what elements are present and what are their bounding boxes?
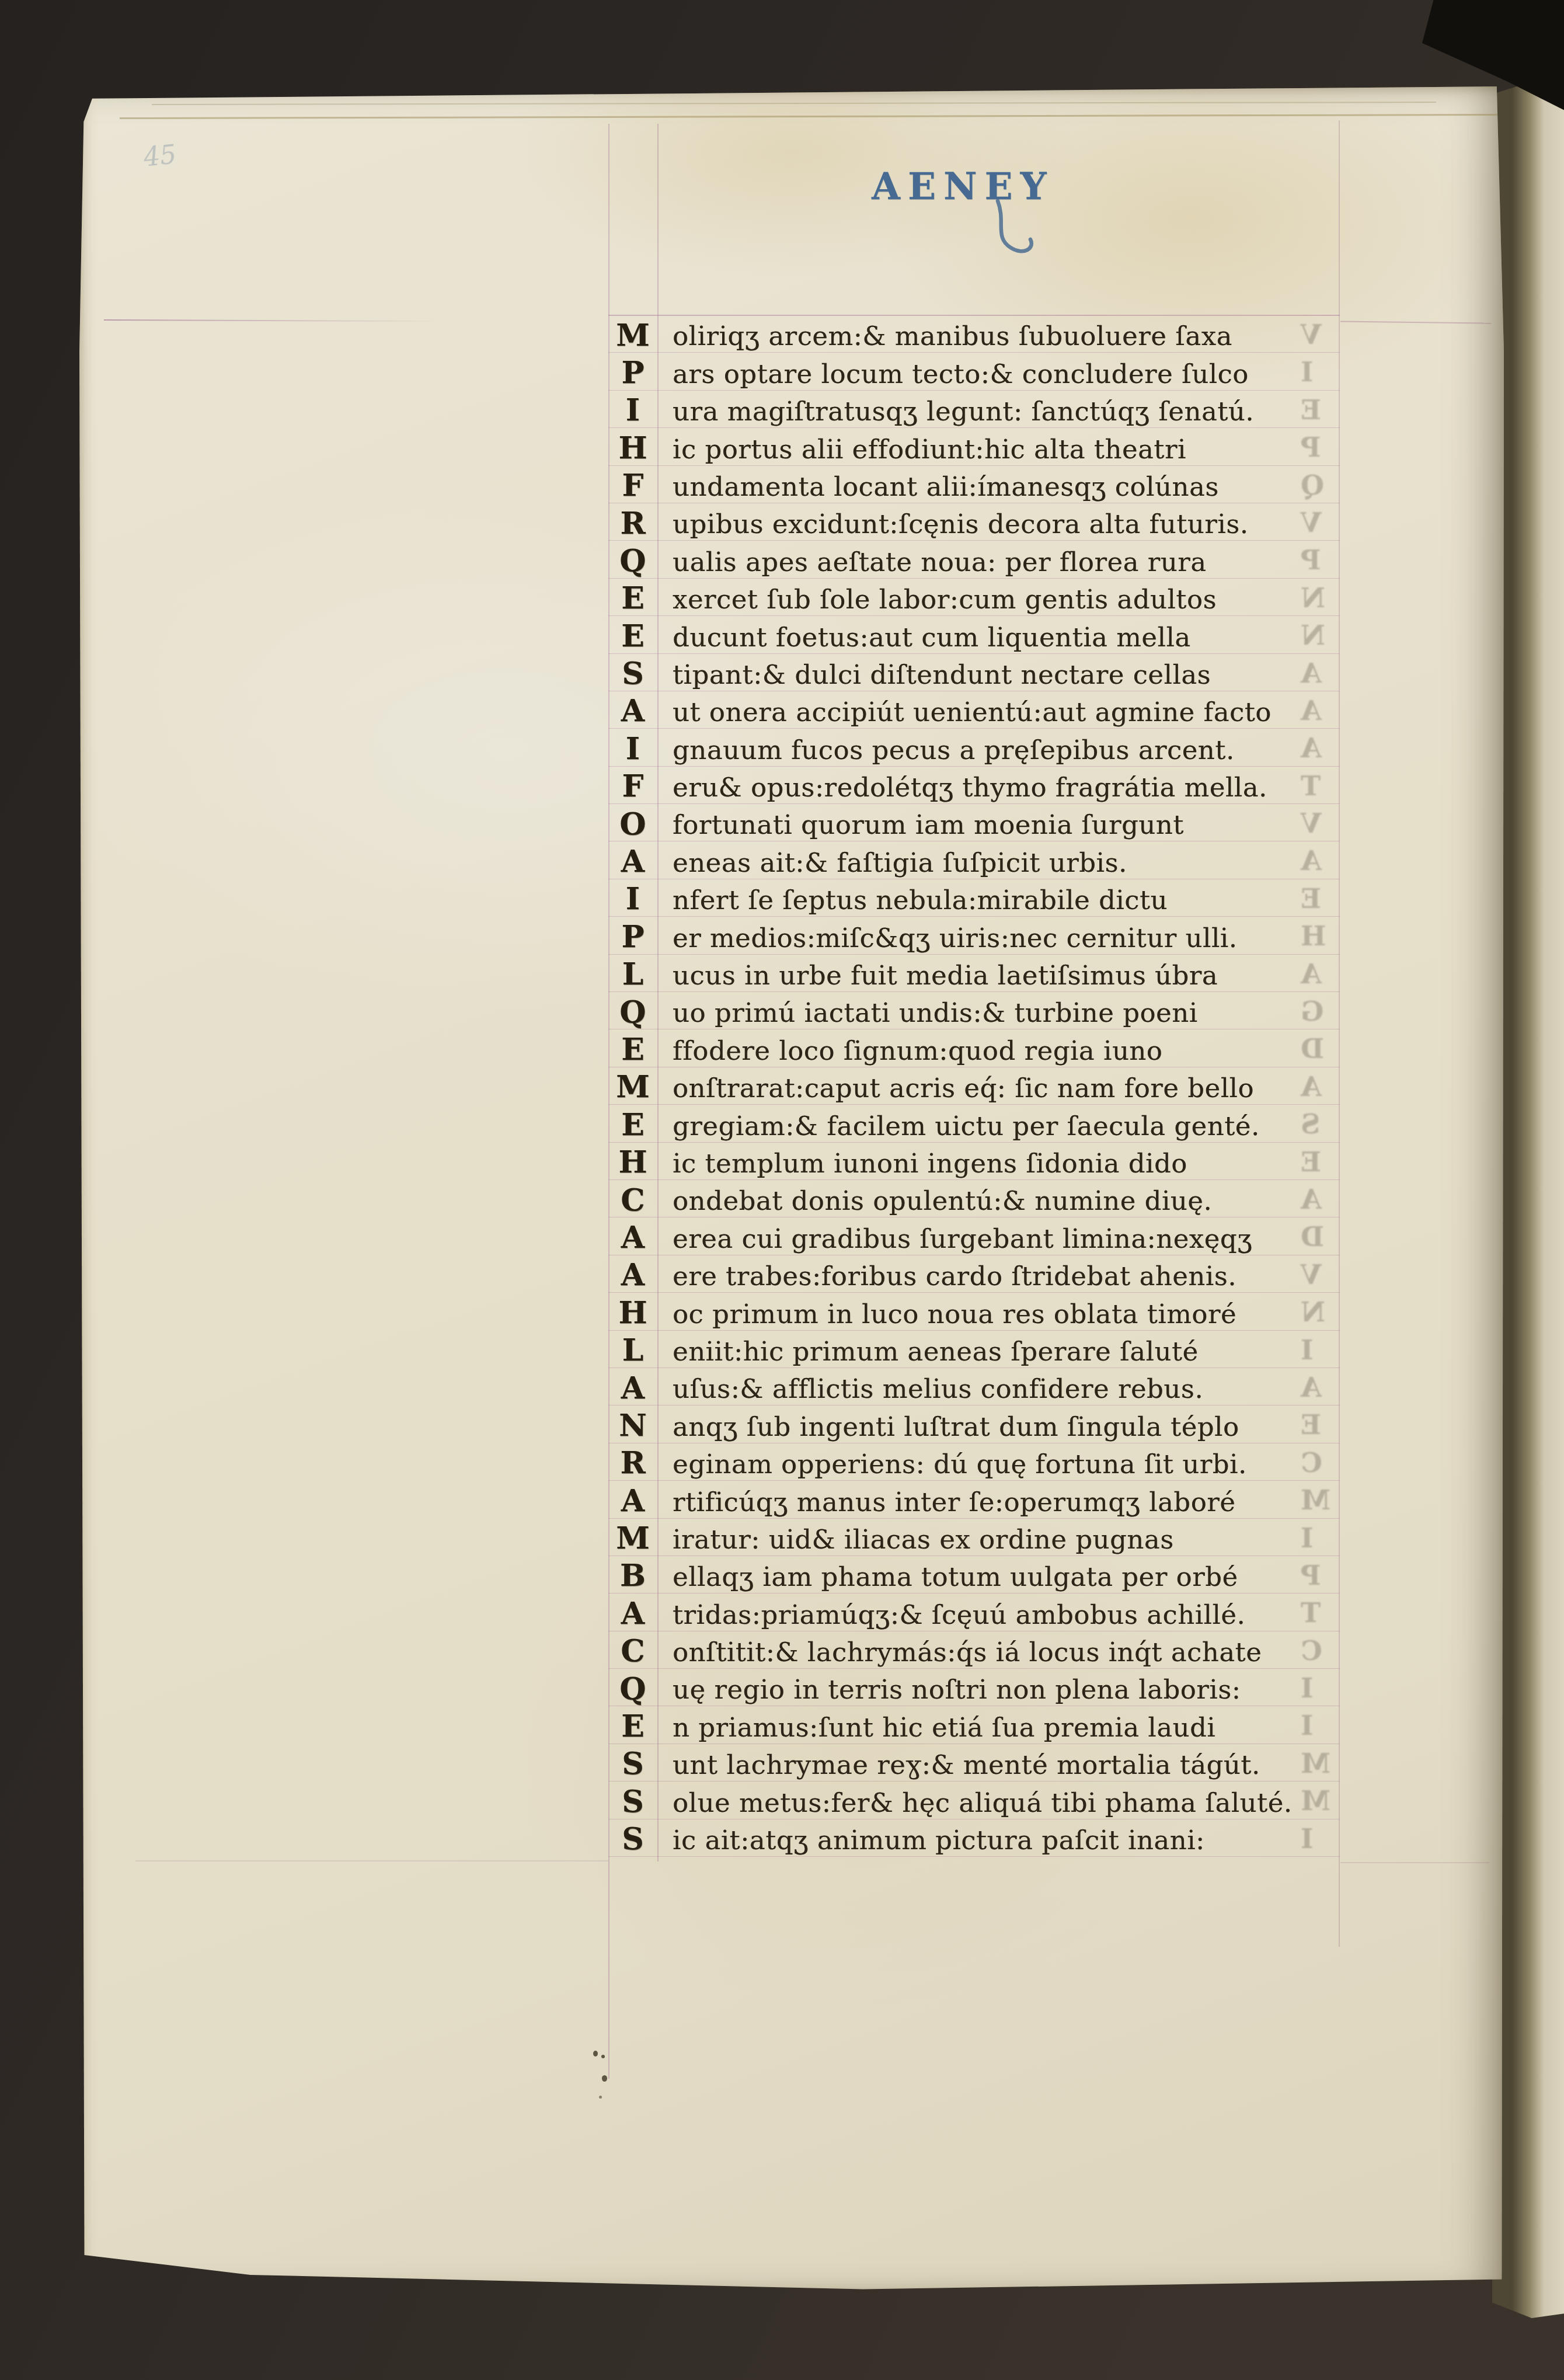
line-initial: A [608, 1224, 657, 1252]
line-initial: S [608, 1750, 657, 1778]
line-initial: A [608, 1487, 657, 1515]
text-line: VOfortunati quorum iam moenia ſurgunt [608, 804, 1340, 841]
line-text: ere trabes:foribus cardo ſtridebat aheni… [657, 1263, 1340, 1289]
show-through-letter: H [1301, 920, 1326, 952]
line-initial: E [608, 1713, 657, 1741]
line-initial: S [608, 1788, 657, 1816]
line-initial: Q [608, 998, 657, 1027]
text-line: TAtridas:priamúqʒ:& ſcęuú ambobus achill… [608, 1593, 1340, 1631]
text-line: PQualis apes aeſtate noua: per florea ru… [608, 541, 1340, 578]
show-through-letter: A [1301, 958, 1322, 990]
text-line: EInfert ſe ſeptus nebula:mirabile dictu [608, 879, 1340, 917]
line-initial: E [608, 584, 657, 613]
foliation-mark: 45 [142, 140, 177, 173]
text-line: IMiratur: uid& iliacas ex ordine pugnas [608, 1519, 1340, 1556]
line-initial: Q [608, 1675, 657, 1703]
text-line: GQuo primú iactati undis:& turbine poeni [608, 992, 1340, 1029]
line-text: n priamus:ſunt hic etiá ſua premia laudi [657, 1714, 1340, 1741]
text-line: DEffodere loco ſignum:quod regia iuno [608, 1029, 1340, 1067]
show-through-letter: I [1301, 1334, 1314, 1366]
line-initial: F [608, 773, 657, 801]
text-line: AAuſus:& afflictis melius confidere rebu… [608, 1368, 1340, 1405]
show-through-letter: I [1301, 1710, 1314, 1741]
line-initial: E [608, 622, 657, 650]
text-line: EIura magiſtratusqʒ legunt: ſanctúqʒ ſen… [608, 391, 1340, 428]
line-text: iratur: uid& iliacas ex ordine pugnas [657, 1526, 1340, 1553]
line-initial: A [608, 1600, 657, 1628]
show-through-letter: T [1301, 770, 1321, 802]
ink-speck [593, 2051, 598, 2057]
line-initial: E [608, 1036, 657, 1064]
text-line: IPars optare locum tecto:& concludere ſu… [608, 353, 1340, 390]
line-text: tridas:priamúqʒ:& ſcęuú ambobus achillé. [657, 1602, 1340, 1628]
show-through-letter: E [1301, 883, 1321, 914]
text-line: CReginam opperiens: dú quę fortuna ſit u… [608, 1443, 1340, 1481]
show-through-letter: I [1301, 1823, 1314, 1854]
show-through-letter: I [1301, 356, 1314, 388]
line-initial: M [608, 1525, 657, 1553]
text-line: VRupibus excidunt:ſcęnis decora alta fut… [608, 503, 1340, 541]
line-text: ondebat donis opulentú:& numine diuę. [657, 1188, 1340, 1214]
line-text: eniit:hic primum aeneas ſperare ſaluté [657, 1338, 1340, 1365]
line-initial: H [608, 1299, 657, 1327]
line-text: erea cui gradibus ſurgebant limina:nexęq… [657, 1226, 1340, 1252]
line-initial: C [608, 1637, 657, 1665]
line-text: eru& opus:redolétqʒ thymo fragrátia mell… [657, 774, 1340, 801]
line-text: eginam opperiens: dú quę fortuna ſit urb… [657, 1451, 1340, 1477]
show-through-letter: P [1301, 544, 1321, 576]
running-header: AENEY [872, 165, 1054, 241]
text-rows: VMoliriqʒ arcem:& manibus ſubuoluere ſax… [608, 315, 1340, 1857]
line-text: ellaqʒ iam phama totum uulgata per orbé [657, 1564, 1340, 1590]
line-text: oc primum in luco noua res oblata timoré [657, 1301, 1340, 1327]
line-text: uo primú iactati undis:& turbine poeni [657, 1000, 1340, 1026]
line-text: onſtitit:& lachrymás:q́s iá locus inq́t … [657, 1639, 1340, 1665]
show-through-letter: T [1301, 1597, 1321, 1629]
show-through-letter: M [1301, 1785, 1330, 1817]
text-line: NExercet ſub ſole labor:cum gentis adult… [608, 579, 1340, 616]
line-initial: E [608, 1111, 657, 1139]
text-line: PHic portus alii effodiunt:hic alta thea… [608, 428, 1340, 465]
show-through-letter: A [1301, 695, 1322, 726]
line-initial: A [608, 697, 657, 725]
show-through-letter: P [1301, 1560, 1321, 1591]
text-line: ENanqʒ ſub ingenti luſtrat dum ſingula t… [608, 1405, 1340, 1443]
line-text: ars optare locum tecto:& concludere ſulc… [657, 361, 1340, 387]
show-through-letter: A [1301, 657, 1322, 689]
line-text: gnauum fucos pecus a pręſepibus arcent. [657, 737, 1340, 763]
line-text: ut onera accipiút uenientú:aut agmine fa… [657, 699, 1340, 725]
text-line: MSolue metus:fer& hęc aliquá tibi phama … [608, 1781, 1340, 1819]
line-initial: P [608, 923, 657, 951]
header-flourish [993, 199, 1081, 260]
line-initial: C [608, 1186, 657, 1215]
text-line: AIgnauum fucos pecus a pręſepibus arcent… [608, 729, 1340, 766]
show-through-letter: M [1301, 1484, 1330, 1516]
text-line: MSunt lachrymae reɣ:& menté mortalia tág… [608, 1744, 1340, 1781]
line-initial: S [608, 1825, 657, 1853]
show-through-letter: V [1301, 319, 1322, 350]
line-initial: M [608, 322, 657, 350]
text-line: VMoliriqʒ arcem:& manibus ſubuoluere ſax… [608, 315, 1340, 353]
show-through-letter: A [1301, 1071, 1322, 1102]
show-through-letter: G [1301, 996, 1323, 1027]
show-through-letter: E [1301, 1146, 1321, 1178]
show-through-letter: A [1301, 1184, 1322, 1215]
line-initial: N [608, 1412, 657, 1440]
show-through-letter: A [1301, 732, 1322, 764]
ruling-line-bottom-right-extension [1340, 1862, 1489, 1863]
text-line: NEducunt foetus:aut cum liquentia mella [608, 616, 1340, 653]
line-text: olue metus:fer& hęc aliquá tibi phama ſa… [657, 1790, 1340, 1816]
text-line: DAerea cui gradibus ſurgebant limina:nex… [608, 1217, 1340, 1255]
show-through-letter: D [1301, 1221, 1324, 1252]
line-text: nfert ſe ſeptus nebula:mirabile dictu [657, 887, 1340, 913]
line-initial: R [608, 1449, 657, 1477]
text-line: ILeniit:hic primum aeneas ſperare ſaluté [608, 1331, 1340, 1368]
line-text: upibus excidunt:ſcęnis decora alta futur… [657, 511, 1340, 537]
line-initial: S [608, 660, 657, 688]
line-initial: H [608, 1149, 657, 1177]
line-initial: L [608, 961, 657, 989]
line-text: eneas ait:& faſtigia ſuſpicit urbis. [657, 850, 1340, 876]
line-initial: O [608, 810, 657, 838]
show-through-letter: I [1301, 1672, 1314, 1704]
line-text: xercet ſub ſole labor:cum gentis adultos [657, 586, 1340, 613]
line-text: ffodere loco ſignum:quod regia iuno [657, 1038, 1340, 1064]
text-line: AMonſtrarat:caput acris eq́: ſic nam for… [608, 1067, 1340, 1105]
line-text: unt lachrymae reɣ:& menté mortalia tágút… [657, 1752, 1340, 1778]
line-initial: F [608, 472, 657, 500]
show-through-letter: A [1301, 845, 1322, 876]
line-initial: I [608, 885, 657, 913]
line-initial: I [608, 735, 657, 763]
line-initial: M [608, 1073, 657, 1101]
ink-speck [601, 2055, 605, 2058]
show-through-letter: C [1301, 1635, 1322, 1666]
text-line: AStipant:& dulci diſtendunt nectare cell… [608, 654, 1340, 691]
ruling-line-bottom-left-extension [135, 1860, 608, 1861]
text-line: TFeru& opus:redolétqʒ thymo fragrátia me… [608, 767, 1340, 804]
line-text: oliriqʒ arcem:& manibus ſubuoluere ſaxa [657, 323, 1340, 349]
show-through-letter: V [1301, 808, 1322, 839]
text-line: IEn priamus:ſunt hic etiá ſua premia lau… [608, 1706, 1340, 1744]
line-text: uſus:& afflictis melius confidere rebus. [657, 1376, 1340, 1402]
ink-speck [602, 2075, 607, 2082]
line-text: ualis apes aeſtate noua: per florea rura [657, 549, 1340, 575]
show-through-letter: S [1301, 1108, 1320, 1140]
show-through-letter: V [1301, 1259, 1322, 1290]
line-initial: B [608, 1562, 657, 1590]
line-initial: A [608, 848, 657, 876]
show-through-letter: I [1301, 1522, 1314, 1554]
line-text: fortunati quorum iam moenia ſurgunt [657, 812, 1340, 838]
show-through-letter: A [1301, 1372, 1322, 1403]
line-initial: R [608, 510, 657, 538]
line-initial: A [608, 1261, 657, 1289]
photo-backdrop: { "header": { "title": "AENEY" }, "folia… [0, 0, 1564, 2380]
line-text: ura magiſtratusqʒ legunt: ſanctúqʒ ſenat… [657, 398, 1340, 424]
line-text: ducunt foetus:aut cum liquentia mella [657, 624, 1340, 650]
line-text: ic portus alii effodiunt:hic alta theatr… [657, 436, 1340, 462]
show-through-letter: N [1301, 582, 1325, 614]
ink-speck [599, 2096, 602, 2099]
line-text: onſtrarat:caput acris eq́: ſic nam fore … [657, 1075, 1340, 1101]
show-through-letter: C [1301, 1447, 1322, 1478]
show-through-letter: V [1301, 507, 1322, 538]
line-text: ic templum iunoni ingens ſidonia dido [657, 1150, 1340, 1177]
line-initial: I [608, 396, 657, 424]
line-text: ic ait:atqʒ animum pictura paſcit inani: [657, 1827, 1340, 1853]
line-text: undamenta locant alii:ímanesqʒ colúnas [657, 474, 1340, 500]
show-through-letter: D [1301, 1033, 1324, 1064]
show-through-letter: P [1301, 432, 1321, 463]
line-text: gregiam:& facilem uictu per ſaecula gent… [657, 1113, 1340, 1139]
text-line: QFundamenta locant alii:ímanesqʒ colúnas [608, 466, 1340, 503]
line-text: ucus in urbe fuit media laetiſsimus úbra [657, 962, 1340, 989]
line-initial: A [608, 1375, 657, 1403]
text-line: VAere trabes:foribus cardo ſtridebat ahe… [608, 1255, 1340, 1293]
show-through-letter: E [1301, 394, 1321, 426]
text-line: MArtificúqʒ manus inter ſe:operumqʒ labo… [608, 1481, 1340, 1518]
text-line: ACondebat donis opulentú:& numine diuę. [608, 1180, 1340, 1217]
text-line: IQuę regio in terris noſtri non plena la… [608, 1669, 1340, 1706]
text-line: EHic templum iunoni ingens ſidonia dido [608, 1143, 1340, 1180]
text-line: AAut onera accipiút uenientú:aut agmine … [608, 691, 1340, 729]
text-line: CConſtitit:& lachrymás:q́s iá locus inq́… [608, 1631, 1340, 1669]
line-initial: L [608, 1337, 657, 1365]
show-through-letter: N [1301, 1296, 1325, 1328]
line-text: tipant:& dulci diſtendunt nectare cellas [657, 662, 1340, 688]
line-initial: P [608, 359, 657, 387]
text-line: AAeneas ait:& faſtigia ſuſpicit urbis. [608, 841, 1340, 879]
line-text: rtificúqʒ manus inter ſe:operumqʒ laboré [657, 1489, 1340, 1515]
line-text: uę regio in terris noſtri non plena labo… [657, 1676, 1340, 1703]
show-through-letter: E [1301, 1409, 1321, 1440]
line-text: er medios:miſc&qʒ uiris:nec cernitur ull… [657, 925, 1340, 951]
text-line: ISic ait:atqʒ animum pictura paſcit inan… [608, 1819, 1340, 1857]
line-text: anqʒ ſub ingenti luſtrat dum ſingula tép… [657, 1414, 1340, 1440]
text-line: HPer medios:miſc&qʒ uiris:nec cernitur u… [608, 917, 1340, 954]
text-line: SEgregiam:& facilem uictu per ſaecula ge… [608, 1105, 1340, 1142]
text-line: ALucus in urbe fuit media laetiſsimus úb… [608, 955, 1340, 992]
show-through-letter: Q [1301, 469, 1324, 501]
text-line: PBellaqʒ iam phama totum uulgata per orb… [608, 1556, 1340, 1593]
show-through-letter: M [1301, 1748, 1330, 1779]
line-initial: Q [608, 547, 657, 575]
show-through-letter: N [1301, 620, 1325, 651]
line-initial: H [608, 434, 657, 462]
text-line: NHoc primum in luco noua res oblata timo… [608, 1293, 1340, 1330]
